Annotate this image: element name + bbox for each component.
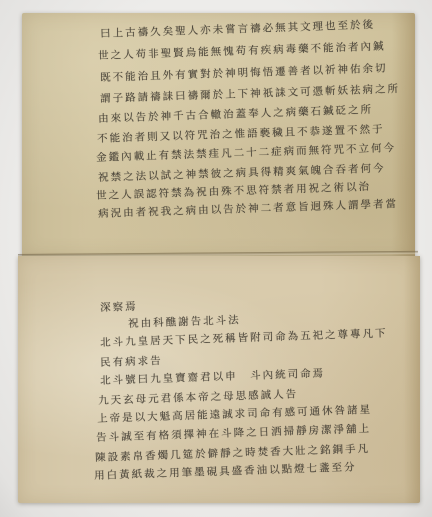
text-line: 民有病求告 [100,355,163,369]
text-line: 世之人苟非聖賢烏能無愧苟有疾病毒藥不能治者內鍼 [98,40,386,62]
text-line: 深察焉 [100,301,138,314]
text-line: 用白黃紙裁之用筆墨硯具盛香油以點燈七盞至分 [94,461,357,482]
text-line: 由來以告於神千古合轍治蓋奉人之病藥石鍼砭之所 [98,104,373,125]
text-line: 既不能治且外有實對於神明悔悟遷善者以祈神佑余切 [100,62,388,84]
text-line: 告斗誠至有格須擇神在斗降之日洒掃靜房潔淨舖上 [96,423,371,444]
text-line: 世之人誤認符禁為祝由殊不思符禁者用祝之術以治 [96,181,371,202]
text-line: 上帝是以大魁高居能遠誠求司命有感可通休咎諸星 [97,404,372,425]
text-line: 陳設素帛香燭几筵於僻靜之時焚香大壯之銘銅手凡 [95,443,370,464]
photo-background: 曰上古禱久矣聖人亦未嘗言禱必無其文理也至於後 世之人苟非聖賢烏能無愧苟有疾病毒藥… [0,0,432,517]
text-line: 曰上古禱久矣聖人亦未嘗言禱必無其文理也至於後 [100,19,375,40]
text-line: 祝由科醮謝告北斗法 [128,314,241,330]
text-line: 北斗九皇居天下民之死稱皆附司命為五祀之尊專凡下 [100,327,388,349]
text-line: 謂子路請禱誄曰禱爾於上下神祇誄文可憑斬妖祛病之所 [100,83,400,105]
text-line: 祝禁之法以試之神禁彼之病具得精爽氣魄合吞者何今 [98,162,386,184]
manuscript-sheet-top: 曰上古禱久矣聖人亦未嘗言禱必無其文理也至於後 世之人苟非聖賢烏能無愧苟有疾病毒藥… [22,13,415,256]
text-line: 病況由者祝我之病由以告於神二者意旨迥殊人謂學者當 [98,198,398,220]
text-line: 不能治者則又以符咒治之惟語褻穢且不恭遂置不然于 [97,123,385,145]
text-line: 北斗號曰九皇寶齋君以申 斗內統司命焉 [100,368,325,387]
manuscript-sheet-bottom: 深察焉 祝由科醮謝告北斗法 北斗九皇居天下民之死稱皆附司命為五祀之尊專凡下 民有… [18,256,420,503]
text-line: 九天玄母元君係本帝之母思感誠人告 [98,388,298,407]
text-line: 金鑑內載止有禁法禁㾏凡二十二症病而無符咒不立何今 [96,142,396,164]
